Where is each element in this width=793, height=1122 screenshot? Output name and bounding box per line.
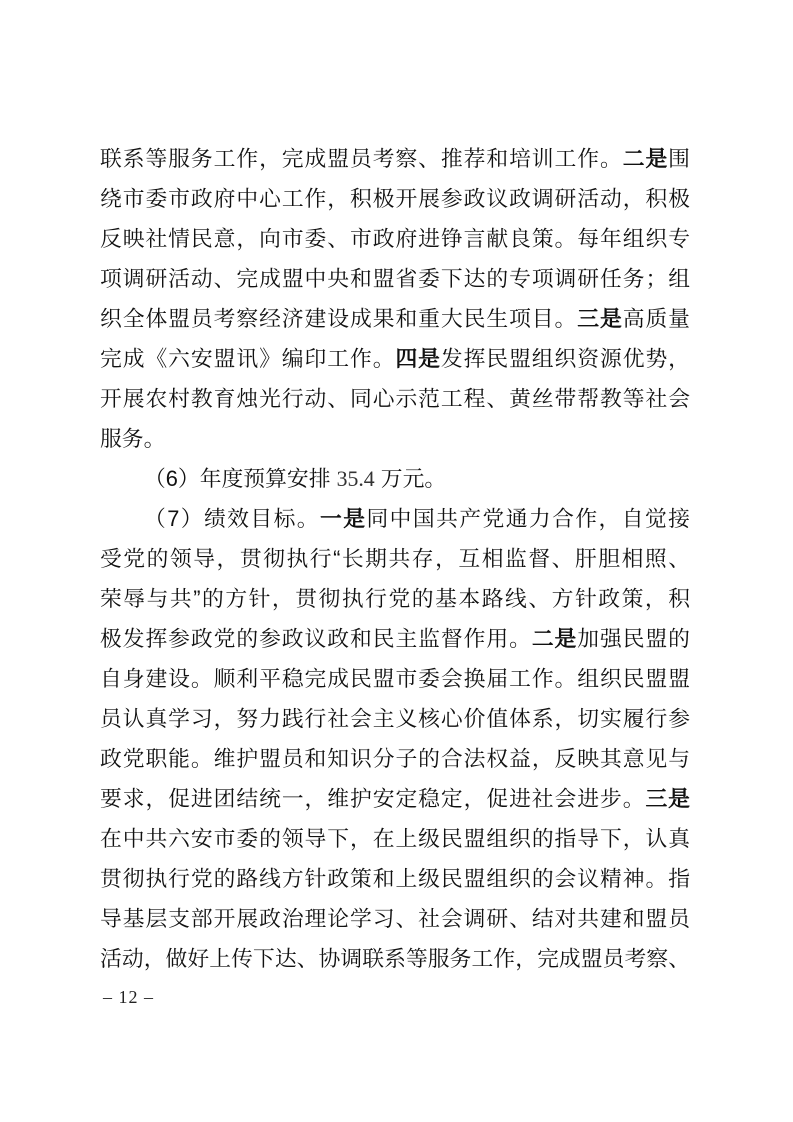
text-run: 开展农村教育烛光行动、同心示范工程、黄丝带帮教等社会 <box>100 386 690 411</box>
text-line: （7）绩效目标。一是同中国共产党通力合作，自觉接 <box>100 499 690 539</box>
text-run: 同中国共产党通力合作，自觉接 <box>366 506 690 531</box>
text-run: 服务。 <box>100 426 165 451</box>
text-line: 受党的领导，贯彻执行“长期共存，互相监督、肝胆相照、 <box>100 539 690 579</box>
numeric-value: 35.4 <box>337 467 375 491</box>
text-run: 联系等服务工作，完成盟员考察、推荐和培训工作。 <box>100 146 623 171</box>
text-run: 反映社情民意，向市委、市政府进铮言献良策。每年组织专 <box>100 226 690 251</box>
text-run: 加强民盟的 <box>577 626 690 651</box>
text-run: 围 <box>668 146 690 171</box>
text-run: 织全体盟员考察经济建设成果和重大民生项目。 <box>100 306 577 331</box>
text-line: 要求，促进团结统一，维护安定稳定，促进社会进步。三是 <box>100 779 690 819</box>
text-line: 贯彻执行党的路线方针政策和上级民盟组织的会议精神。指 <box>100 859 690 899</box>
text-run: 在中共六安市委的领导下，在上级民盟组织的指导下，认真 <box>100 826 690 851</box>
text-line: 服务。 <box>100 419 690 459</box>
bold-emphasis: 三是 <box>645 786 690 811</box>
text-run: 项调研活动、完成盟中央和盟省委下达的专项调研任务；组 <box>100 266 690 291</box>
text-run: 受党的领导，贯彻执行“长期共存，互相监督、肝胆相照、 <box>100 546 690 571</box>
text-run: 政党职能。维护盟员和知识分子的合法权益，反映其意见与 <box>100 746 690 771</box>
text-line: 员认真学习，努力践行社会主义核心价值体系，切实履行参 <box>100 699 690 739</box>
text-run: 贯彻执行党的路线方针政策和上级民盟组织的会议精神。指 <box>100 866 690 891</box>
text-run: 完成《六安盟讯》编印工作。 <box>100 346 395 371</box>
text-run: 导基层支部开展政治理论学习、社会调研、结对共建和盟员 <box>100 906 690 931</box>
text-run: 要求，促进团结统一，维护安定稳定，促进社会进步。 <box>100 786 645 811</box>
text-run: （7）绩效目标。 <box>144 506 320 531</box>
text-run: 荣辱与共”的方针，贯彻执行党的基本路线、方针政策，积 <box>100 586 690 611</box>
text-line: 反映社情民意，向市委、市政府进铮言献良策。每年组织专 <box>100 219 690 259</box>
text-run: 绕市委市政府中心工作，积极开展参政议政调研活动，积极 <box>100 186 690 211</box>
text-run: 活动，做好上传下达、协调联系等服务工作，完成盟员考察、 <box>100 946 690 971</box>
bold-emphasis: 一是 <box>320 506 366 531</box>
text-run: 极发挥参政党的参政议政和民主监督作用。 <box>100 626 532 651</box>
text-run: 自身建设。顺利平稳完成民盟市委会换届工作。组织民盟盟 <box>100 666 690 691</box>
bold-emphasis: 二是 <box>623 146 668 171</box>
text-line: 荣辱与共”的方针，贯彻执行党的基本路线、方针政策，积 <box>100 579 690 619</box>
text-line: 导基层支部开展政治理论学习、社会调研、结对共建和盟员 <box>100 899 690 939</box>
text-run: 员认真学习，努力践行社会主义核心价值体系，切实履行参 <box>100 706 690 731</box>
document-page: 联系等服务工作，完成盟员考察、推荐和培训工作。二是围绕市委市政府中心工作，积极开… <box>0 0 793 1122</box>
text-run: 发挥民盟组织资源优势， <box>441 346 690 371</box>
text-line: 项调研活动、完成盟中央和盟省委下达的专项调研任务；组 <box>100 259 690 299</box>
bold-emphasis: 四是 <box>395 346 440 371</box>
text-line: 自身建设。顺利平稳完成民盟市委会换届工作。组织民盟盟 <box>100 659 690 699</box>
text-line: 完成《六安盟讯》编印工作。四是发挥民盟组织资源优势， <box>100 339 690 379</box>
text-line: 绕市委市政府中心工作，积极开展参政议政调研活动，积极 <box>100 179 690 219</box>
text-run: （6）年度预算安排 <box>144 466 337 491</box>
bold-emphasis: 三是 <box>577 306 622 331</box>
text-line: 政党职能。维护盟员和知识分子的合法权益，反映其意见与 <box>100 739 690 779</box>
text-line: 极发挥参政党的参政议政和民主监督作用。二是加强民盟的 <box>100 619 690 659</box>
text-run: 万元。 <box>375 466 446 491</box>
text-line: 开展农村教育烛光行动、同心示范工程、黄丝带帮教等社会 <box>100 379 690 419</box>
bold-emphasis: 二是 <box>532 626 577 651</box>
text-line: 在中共六安市委的领导下，在上级民盟组织的指导下，认真 <box>100 819 690 859</box>
text-run: 高质量 <box>623 306 690 331</box>
page-number: – 12 – <box>103 985 154 1009</box>
text-line: 联系等服务工作，完成盟员考察、推荐和培训工作。二是围 <box>100 139 690 179</box>
text-line: 活动，做好上传下达、协调联系等服务工作，完成盟员考察、 <box>100 939 690 979</box>
text-line: 织全体盟员考察经济建设成果和重大民生项目。三是高质量 <box>100 299 690 339</box>
text-line: （6）年度预算安排 35.4 万元。 <box>100 459 690 499</box>
text-block: 联系等服务工作，完成盟员考察、推荐和培训工作。二是围绕市委市政府中心工作，积极开… <box>100 139 690 979</box>
